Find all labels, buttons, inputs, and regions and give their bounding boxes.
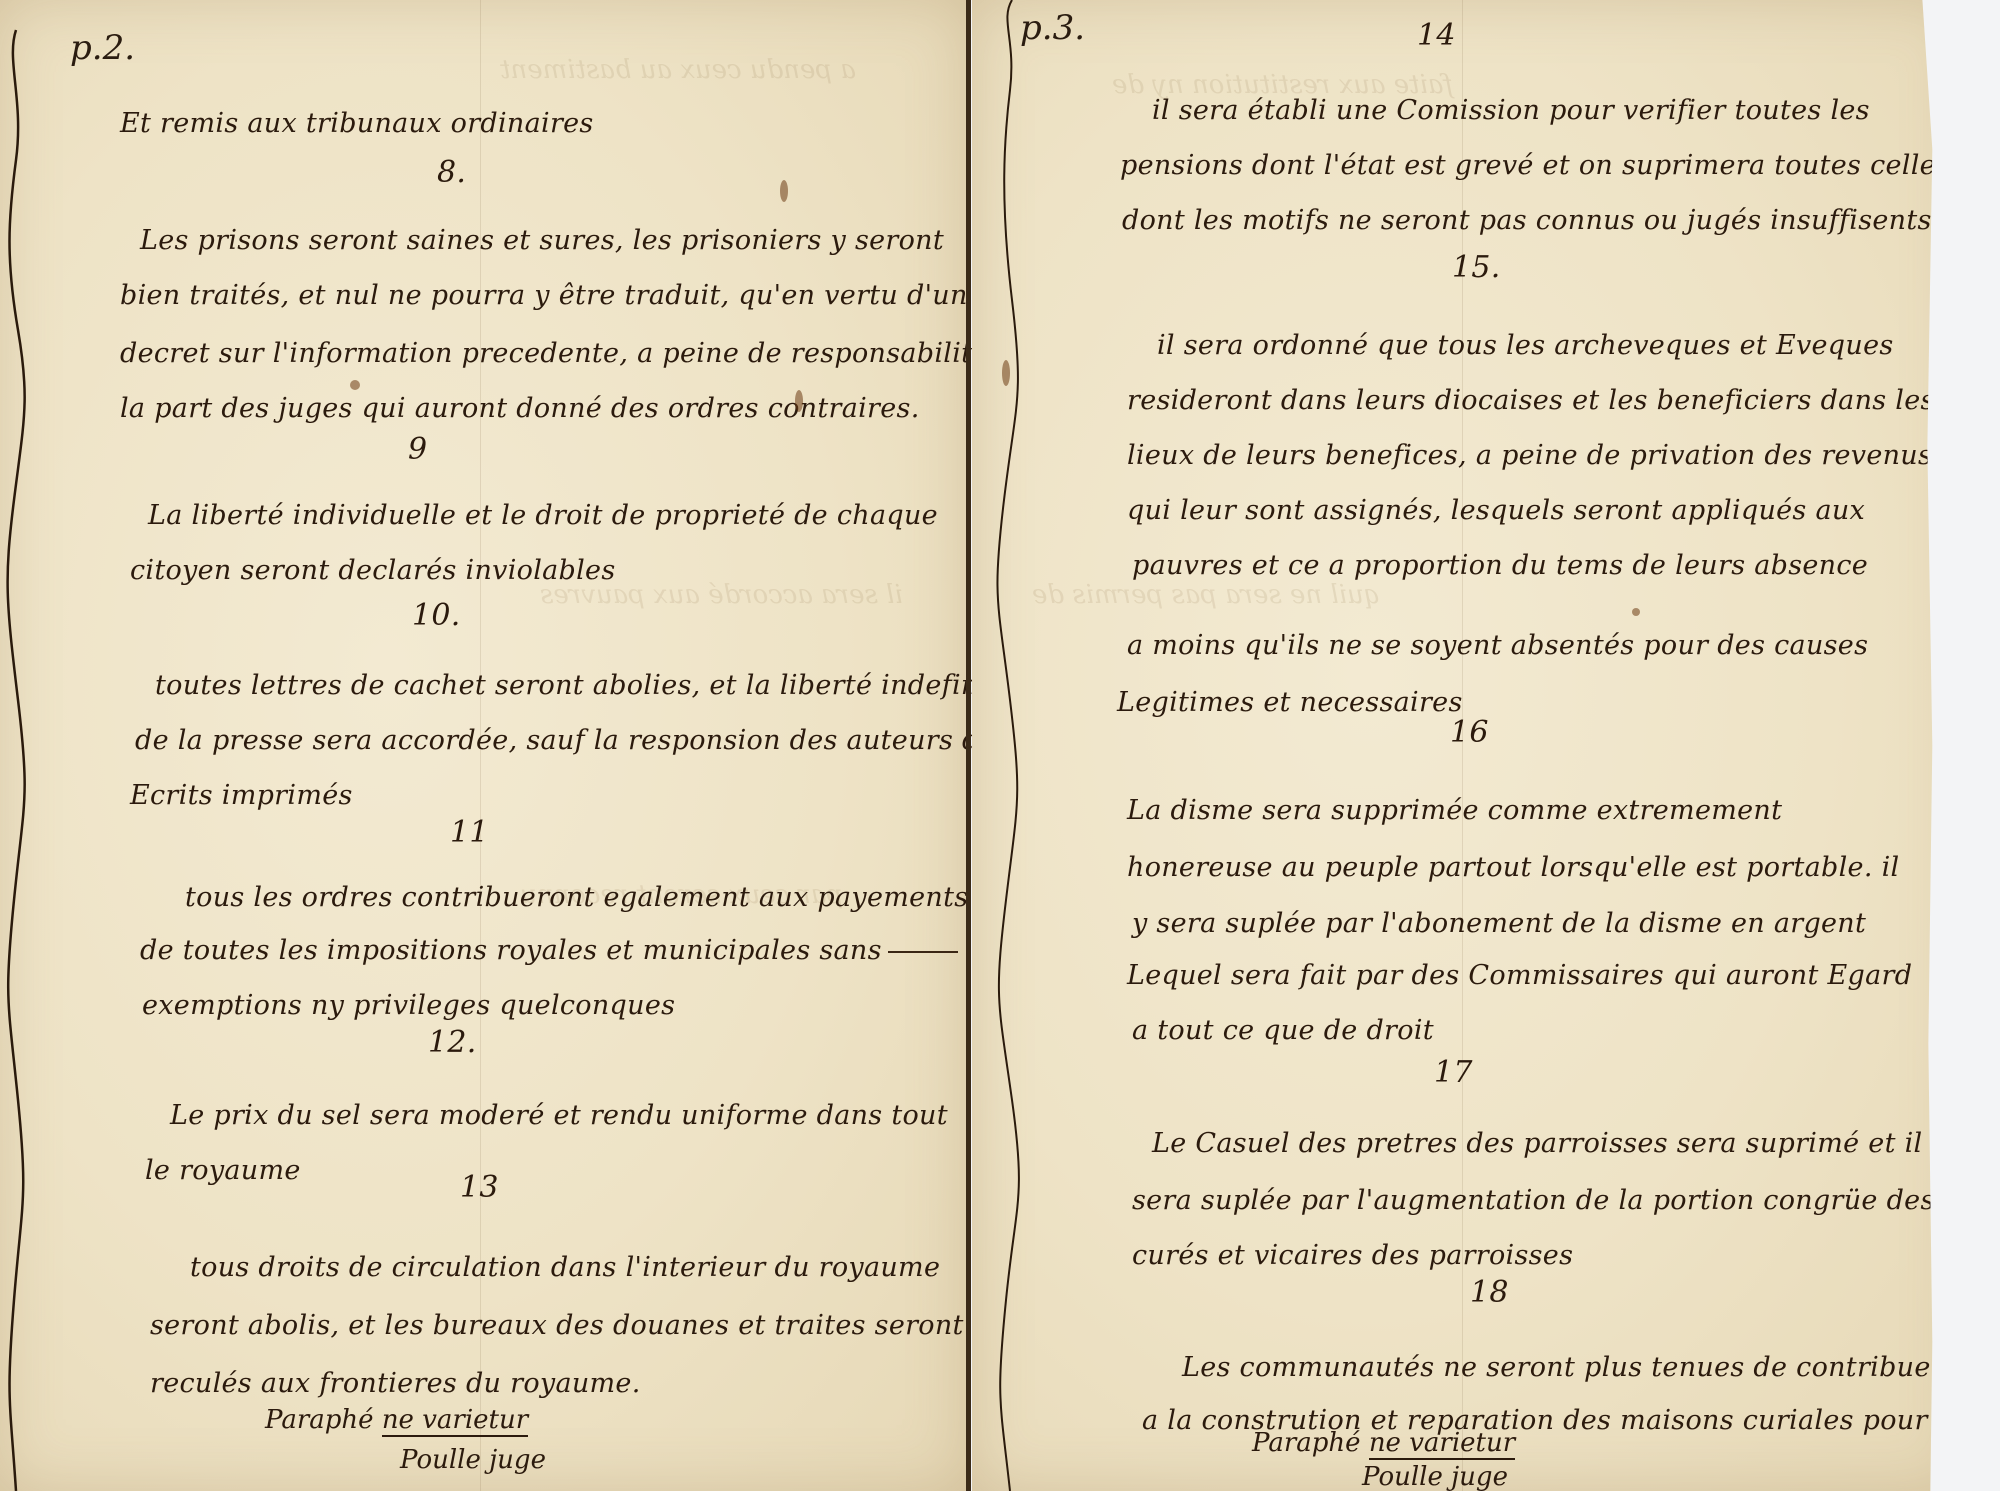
signature-paraphe: Paraphé ne varietur bbox=[1252, 1428, 1515, 1458]
text-line: de toutes les impositions royales et mun… bbox=[140, 935, 958, 966]
article-number: 8. bbox=[437, 155, 466, 190]
text-line: Le prix du sel sera moderé et rendu unif… bbox=[170, 1100, 948, 1131]
ink-stain bbox=[1002, 360, 1010, 386]
left-page-text: Et remis aux tribunaux ordinaires 8. Les… bbox=[0, 0, 968, 1491]
ink-stain bbox=[350, 380, 360, 390]
manuscript-spread: a pendu ceux au bastiment il sera accord… bbox=[0, 0, 2000, 1491]
text-line: pensions dont l'état est grevé et on sup… bbox=[1120, 150, 1950, 181]
text-line: a tout ce que de droit bbox=[1132, 1015, 1434, 1046]
binding-gutter bbox=[966, 0, 971, 1491]
text-line: La liberté individuelle et le droit de p… bbox=[148, 500, 938, 531]
text-line: honereuse au peuple partout lorsqu'elle … bbox=[1127, 852, 1899, 883]
right-page: faite aux restitution ny de quil ne sera… bbox=[972, 0, 1962, 1491]
ink-stain bbox=[1632, 608, 1640, 616]
signature-judge: Poulle juge bbox=[400, 1445, 546, 1475]
line-filler-dash bbox=[888, 951, 958, 953]
ink-stain bbox=[795, 390, 803, 412]
text-line: exemptions ny privileges quelconques bbox=[142, 990, 675, 1021]
text-line: il sera établi une Comission pour verifi… bbox=[1152, 95, 1870, 126]
text-line: Lequel sera fait par des Commissaires qu… bbox=[1127, 960, 1912, 991]
text-line: qui leur sont assignés, lesquels seront … bbox=[1127, 495, 1865, 526]
text-line: Legitimes et necessaires bbox=[1117, 687, 1463, 718]
article-number: 15. bbox=[1452, 250, 1501, 285]
signature-paraphe-label: Paraphé bbox=[265, 1405, 374, 1435]
text-line: a moins qu'ils ne se soyent absentés pou… bbox=[1127, 630, 1868, 661]
signature-paraphe-label: Paraphé bbox=[1252, 1428, 1361, 1458]
text-line: Les prisons seront saines et sures, les … bbox=[140, 225, 944, 256]
text-line: toutes lettres de cachet seront abolies,… bbox=[155, 670, 1004, 701]
text-line: curés et vicaires des parroisses bbox=[1132, 1240, 1573, 1271]
ink-stain bbox=[780, 180, 788, 202]
text-line: tous droits de circulation dans l'interi… bbox=[190, 1252, 940, 1283]
text-line: lieux de leurs benefices, a peine de pri… bbox=[1127, 440, 1932, 471]
text-line: La disme sera supprimée comme extrememen… bbox=[1127, 795, 1782, 826]
text-line: Ecrits imprimés bbox=[130, 780, 353, 811]
article-number: 9 bbox=[408, 432, 427, 467]
signature-judge: Poulle juge bbox=[1362, 1462, 1508, 1491]
text-line: bien traités, et nul ne pourra y être tr… bbox=[120, 280, 968, 311]
text-line: de la presse sera accordée, sauf la resp… bbox=[135, 725, 1010, 756]
text-line: le royaume bbox=[145, 1155, 301, 1186]
article-number: 16 bbox=[1450, 715, 1489, 750]
text-line: citoyen seront declarés inviolables bbox=[130, 555, 615, 586]
signature-paraphe: Paraphé ne varietur bbox=[265, 1405, 528, 1435]
text-line: sera suplée par l'augmentation de la por… bbox=[1132, 1185, 1935, 1216]
article-number: 17 bbox=[1434, 1055, 1473, 1090]
text-line: Et remis aux tribunaux ordinaires bbox=[120, 108, 594, 139]
text-line: tous les ordres contribueront egalement … bbox=[185, 882, 968, 913]
text-line: Le Casuel des pretres des parroisses ser… bbox=[1152, 1128, 1947, 1159]
text-line: seront abolis, et les bureaux des douane… bbox=[150, 1310, 964, 1341]
text-line: reculés aux frontieres du royaume. bbox=[150, 1368, 641, 1399]
text-line: decret sur l'information precedente, a p… bbox=[120, 338, 1031, 369]
article-number: 18 bbox=[1470, 1275, 1509, 1310]
right-page-text: 14 il sera établi une Comission pour ver… bbox=[972, 0, 1962, 1491]
article-number: 11 bbox=[450, 815, 489, 850]
text-line: y sera suplée par l'abonement de la dism… bbox=[1132, 908, 1866, 939]
article-number: 12. bbox=[428, 1025, 477, 1060]
signature-ne-varietur: ne varietur bbox=[1369, 1428, 1515, 1460]
text-line: il sera ordonné que tous les archeveques… bbox=[1157, 330, 1894, 361]
text-line: dont les motifs ne seront pas connus ou … bbox=[1122, 205, 1941, 236]
signature-ne-varietur: ne varietur bbox=[382, 1405, 528, 1437]
text-line: Les communautés ne seront plus tenues de… bbox=[1182, 1352, 1944, 1383]
article-number: 14 bbox=[1417, 18, 1456, 53]
text-line: resideront dans leurs diocaises et les b… bbox=[1127, 385, 1935, 416]
article-number: 10. bbox=[412, 598, 461, 633]
left-page: a pendu ceux au bastiment il sera accord… bbox=[0, 0, 968, 1491]
text-line: pauvres et ce a proportion du tems de le… bbox=[1132, 550, 1868, 581]
article-number: 13 bbox=[460, 1170, 499, 1205]
